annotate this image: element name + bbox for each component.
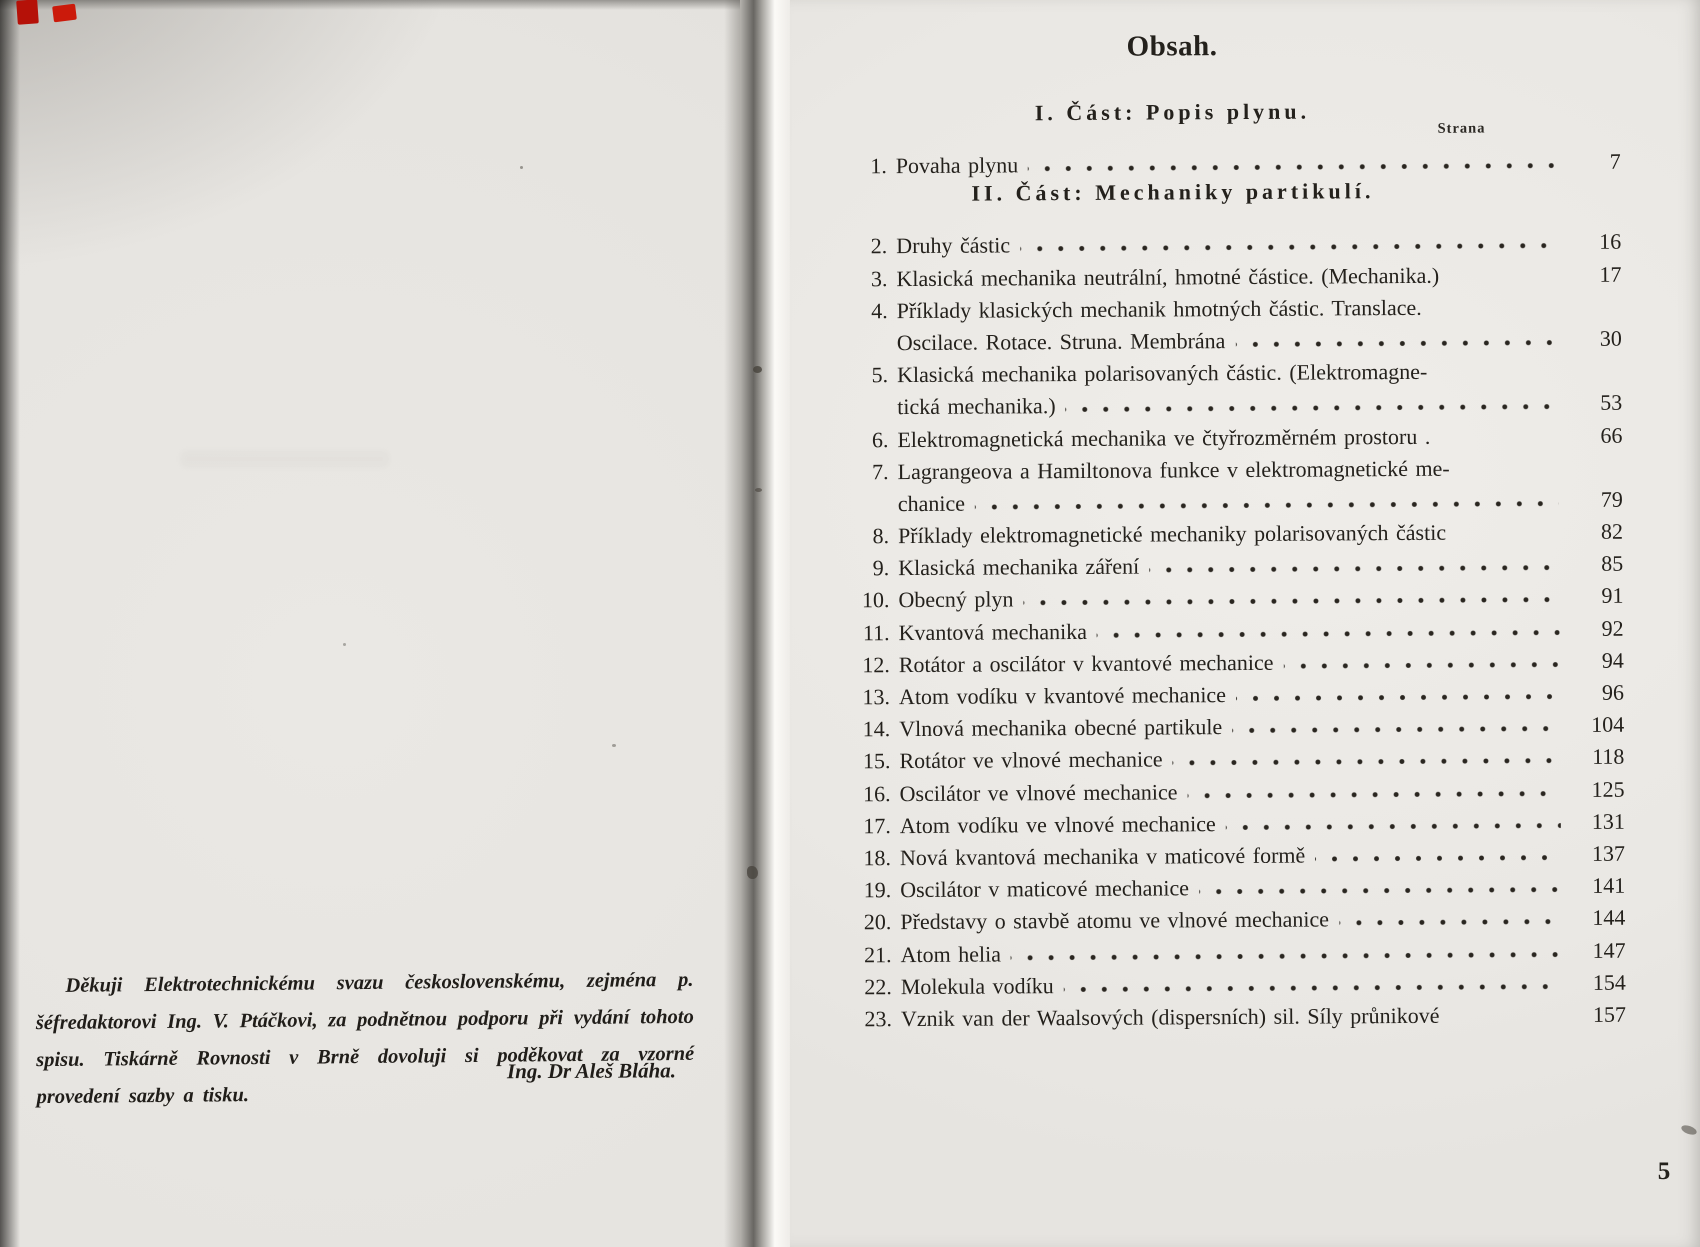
toc-entry-text: Oscilátor ve vlnové mechanice [900, 778, 1178, 807]
toc-entry: 6.Elektromagnetická mechanika ve čtyřroz… [854, 416, 1622, 453]
toc-entry-text: Vznik van der Waalsových (dispersních) s… [901, 1002, 1440, 1032]
toc-entry-line: 10.Obecný plyn91 [855, 577, 1623, 614]
toc-entry-text: tická mechanika.) [897, 392, 1056, 420]
toc-entry-line: 19.Oscilátor v maticové mechanice141 [857, 867, 1625, 904]
toc-entry-page: 16 [1571, 228, 1621, 255]
toc-leader-dots [1173, 756, 1561, 767]
toc-entry: 10.Obecný plyn91 [855, 577, 1623, 614]
red-scan-mark [52, 4, 77, 23]
toc-entry-line: 1.Povaha plynu7 [853, 143, 1621, 180]
toc-leader-dots [1097, 628, 1560, 640]
toc-entry-page: 104 [1574, 711, 1624, 738]
toc-leader-dots [1449, 1014, 1562, 1024]
toc-entry-number: 5. [854, 361, 888, 388]
toc-entry-number: 6. [854, 426, 888, 453]
toc-entry-page: 144 [1575, 904, 1625, 931]
toc-entry: 22.Molekula vodíku154 [858, 963, 1626, 1000]
red-scan-mark [16, 0, 39, 25]
toc-entry-page: 7 [1571, 148, 1621, 175]
toc-entry: 1.Povaha plynu7 [853, 143, 1621, 180]
toc-entry-text: chanice [898, 490, 965, 517]
toc-entry-number: 10. [855, 587, 889, 614]
toc-entry-text: Atom helia [901, 940, 1002, 968]
toc-section-heading: I. Část: Popis plynu. [852, 95, 1492, 129]
toc-entry-text: Vlnová mechanika obecné partikule [899, 713, 1222, 742]
toc-entry-text: Nová kvantová mechanika v maticové formě [900, 842, 1305, 871]
toc-entry: 9.Klasická mechanika záření85 [855, 545, 1623, 582]
dust-speck [612, 744, 616, 747]
page-column-header: Strana [1438, 120, 1486, 137]
toc-entry-page: 92 [1574, 614, 1624, 641]
toc-leader-dots [975, 499, 1559, 512]
toc-entry-line: 22.Molekula vodíku154 [858, 963, 1626, 1000]
toc-entry-line: Oscilace. Rotace. Struna. Membrána30 [854, 319, 1622, 356]
toc-entry-line: 6.Elektromagnetická mechanika ve čtyřroz… [854, 416, 1622, 453]
toc-entry-line: 12.Rotátor a oscilátor v kvantové mechan… [856, 641, 1624, 678]
toc-entry-line: 21.Atom helia147 [857, 931, 1625, 968]
toc-entry-page: 96 [1574, 679, 1624, 706]
toc-entry-page: 147 [1575, 936, 1625, 963]
toc-entry: 11.Kvantová mechanika92 [856, 609, 1624, 646]
toc-leader-dots [1064, 982, 1562, 994]
toc-entry-line: 23.Vznik van der Waalsových (dispersních… [858, 995, 1626, 1032]
toc-entry-text: Oscilátor v maticové mechanice [900, 874, 1189, 903]
toc-entry-page: 17 [1571, 260, 1621, 287]
toc-entry-text: Druhy částic [896, 232, 1010, 260]
toc-entry-text: Rotátor a oscilátor v kvantové mechanice [899, 649, 1274, 678]
page-left-shadow [0, 0, 20, 1247]
toc-leader-dots [1066, 402, 1559, 414]
toc-entry-page: 79 [1573, 486, 1623, 513]
toc-entry-line: 18.Nová kvantová mechanika v maticové fo… [857, 834, 1625, 871]
toc-leader-dots [1432, 305, 1608, 315]
show-through-smudge [180, 450, 390, 468]
toc-entry-page: 118 [1574, 743, 1624, 770]
toc-entry: 19.Oscilátor v maticové mechanice141 [857, 867, 1625, 904]
toc-leader-dots [1187, 789, 1560, 800]
toc-entry-text: Molekula vodíku [901, 972, 1054, 1000]
toc-entry-page: 53 [1572, 389, 1622, 416]
toc-entry: 14.Vlnová mechanika obecné partikule104 [856, 706, 1624, 743]
toc-entry-number: 12. [856, 651, 890, 678]
toc-entry: 4.Příklady klasických mechanik hmotných … [854, 287, 1622, 356]
toc-entry-text: Atom vodíku ve vlnové mechanice [900, 810, 1216, 839]
toc-entry-line: 14.Vlnová mechanika obecné partikule104 [856, 706, 1624, 743]
toc-entry-line: tická mechanika.)53 [854, 384, 1622, 421]
toc-entry-page: 141 [1575, 872, 1625, 899]
toc-entry: 2.Druhy částic16 [853, 223, 1621, 260]
toc-leader-dots [1028, 161, 1557, 173]
toc-entry-line: 4.Příklady klasických mechanik hmotných … [854, 287, 1622, 324]
dust-speck [343, 643, 346, 646]
toc-entry-number: 22. [858, 973, 892, 1000]
toc-entry: 16.Oscilátor ve vlnové mechanice125 [856, 770, 1624, 807]
toc-entry-text: Atom vodíku v kvantové mechanice [899, 681, 1226, 710]
toc-entry-text: Kvantová mechanika [899, 618, 1087, 646]
toc-entry: 13.Atom vodíku v kvantové mechanice96 [856, 673, 1624, 710]
toc-entry-number: 15. [856, 748, 890, 775]
toc-entry: 23.Vznik van der Waalsových (dispersních… [858, 995, 1626, 1032]
toc-sections: I. Část: Popis plynu.1.Povaha plynu7II. … [852, 95, 1626, 1033]
toc-entry-number: 17. [857, 812, 891, 839]
toc-entry-number: 16. [857, 780, 891, 807]
toc-entry-number: 2. [853, 233, 887, 260]
toc-leader-dots [1236, 692, 1560, 703]
toc-entry-page: 85 [1573, 550, 1623, 577]
toc-entry: 12.Rotátor a oscilátor v kvantové mechan… [856, 641, 1624, 678]
toc-entry-line: 17.Atom vodíku ve vlnové mechanice131 [857, 802, 1625, 839]
toc-section: I. Část: Popis plynu.1.Povaha plynu7 [852, 95, 1620, 180]
toc-entry-number: 21. [858, 941, 892, 968]
toc-leader-dots [1149, 563, 1559, 575]
book-scan: Děkuji Elektrotechnickému svazu českoslo… [0, 0, 1700, 1247]
toc-leader-dots [1020, 241, 1557, 253]
toc-entry-page: 154 [1576, 968, 1626, 995]
toc-entry: 8.Příklady elektromagnetické mechaniky p… [855, 513, 1623, 550]
toc-entry-text: Oscilace. Rotace. Struna. Membrána [897, 327, 1226, 356]
toc-leader-dots [1011, 950, 1562, 962]
toc-leader-dots [1456, 531, 1559, 541]
toc-entry-number: 3. [853, 265, 887, 292]
toc-title: Obsah. [852, 28, 1492, 65]
toc-entry-page: 66 [1572, 421, 1622, 448]
toc-leader-dots [1199, 885, 1561, 896]
toc-leader-dots [1284, 660, 1560, 671]
toc-entry-text: Klasická mechanika záření [898, 553, 1139, 581]
toc-entry-line: 16.Oscilátor ve vlnové mechanice125 [856, 770, 1624, 807]
toc-entry-page: 94 [1574, 646, 1624, 673]
toc-entry-text: Lagrangeova a Hamiltonova funkce v elekt… [898, 454, 1450, 484]
toc-entry: 18.Nová kvantová mechanika v maticové fo… [857, 834, 1625, 871]
toc-entry-line: 15.Rotátor ve vlnové mechanice118 [856, 738, 1624, 775]
toc-entry-number: 7. [855, 458, 889, 485]
toc-entry-number: 1. [853, 152, 887, 179]
toc-entry-text: Elektromagnetická mechanika ve čtyřrozmě… [897, 422, 1430, 452]
toc-entry-text: Příklady elektromagnetické mechaniky pol… [898, 519, 1446, 549]
toc-leader-dots [1460, 466, 1609, 476]
toc-entry-line: 7.Lagrangeova a Hamiltonova funkce v ele… [855, 448, 1623, 485]
toc-section: II. Část: Mechaniky partikulí.2.Druhy čá… [853, 175, 1626, 1032]
toc-entry-number: 23. [858, 1005, 892, 1032]
toc-entry-line: chanice79 [855, 480, 1623, 517]
acknowledgment-text: Děkuji Elektrotechnickému svazu českoslo… [35, 961, 694, 1115]
toc-entry-page: 30 [1572, 325, 1622, 352]
toc-entry-number: 13. [856, 683, 890, 710]
toc-entry: 7.Lagrangeova a Hamiltonova funkce v ele… [855, 448, 1623, 517]
toc-leader-dots [1235, 338, 1558, 349]
toc-entry-number: 19. [857, 876, 891, 903]
toc-leader-dots [1437, 370, 1608, 380]
toc-leader-dots [1232, 724, 1560, 735]
toc-entry-page: 91 [1573, 582, 1623, 609]
toc-entry-number: 4. [854, 297, 888, 324]
toc-entry-text: Rotátor ve vlnové mechanice [899, 746, 1162, 775]
toc-entry: 3.Klasická mechanika neutrální, hmotné č… [853, 255, 1621, 292]
toc-entry-line: 5.Klasická mechanika polarisovaných část… [854, 352, 1622, 389]
toc-leader-dots [1023, 595, 1559, 607]
ink-blot [747, 866, 758, 879]
toc-entry-page: 137 [1575, 840, 1625, 867]
toc-entry-line: 2.Druhy částic16 [853, 223, 1621, 260]
toc-leader-dots [1315, 853, 1561, 864]
toc-entry-page: 157 [1576, 1001, 1626, 1028]
dust-speck [520, 166, 523, 169]
toc-entry-page: 131 [1575, 807, 1625, 834]
toc-entry-text: Klasická mechanika polarisovaných částic… [897, 358, 1427, 388]
toc-entry-line: 13.Atom vodíku v kvantové mechanice96 [856, 673, 1624, 710]
author-signature: Ing. Dr Aleš Bláha. [36, 1058, 676, 1086]
dust-speck [755, 488, 762, 492]
dust-speck [753, 366, 762, 373]
toc-entry: 15.Rotátor ve vlnové mechanice118 [856, 738, 1624, 775]
toc-entry-number: 18. [857, 844, 891, 871]
toc-entry-number: 11. [856, 619, 890, 646]
toc-section-heading: II. Část: Mechaniky partikulí. [853, 176, 1493, 210]
toc-entry-text: Klasická mechanika neutrální, hmotné čás… [896, 261, 1439, 291]
toc-entry-line: 11.Kvantová mechanika92 [856, 609, 1624, 646]
toc-entry: 5.Klasická mechanika polarisovaných část… [854, 352, 1622, 421]
toc-entry-line: 20.Představy o stavbě atomu ve vlnové me… [857, 899, 1625, 936]
toc-entry-line: 3.Klasická mechanika neutrální, hmotné č… [853, 255, 1621, 292]
toc-entry-text: Obecný plyn [898, 586, 1013, 614]
toc-entry-text: Příklady klasických mechanik hmotných čá… [897, 294, 1422, 324]
toc-entry: 21.Atom helia147 [857, 931, 1625, 968]
toc-leader-dots [1339, 917, 1561, 927]
toc-entry-text: Povaha plynu [896, 152, 1019, 180]
toc-leader-dots [1226, 821, 1561, 832]
toc-entry-page: 125 [1575, 775, 1625, 802]
toc-entry-line: 8.Příklady elektromagnetické mechaniky p… [855, 513, 1623, 550]
toc-entry-text: Představy o stavbě atomu ve vlnové mecha… [900, 906, 1329, 936]
toc-entry-number: 9. [855, 554, 889, 581]
toc-leader-dots [1449, 274, 1557, 284]
toc-leader-dots [1440, 435, 1558, 445]
toc-entry: 20.Představy o stavbě atomu ve vlnové me… [857, 899, 1625, 936]
toc-entry-number: 8. [855, 522, 889, 549]
toc-entry: 17.Atom vodíku ve vlnové mechanice131 [857, 802, 1625, 839]
folio-page-number: 5 [1644, 1158, 1684, 1186]
toc-entry-number: 14. [856, 715, 890, 742]
table-of-contents: Obsah. Strana I. Část: Popis plynu.1.Pov… [852, 28, 1626, 1033]
toc-entry-page: 82 [1573, 518, 1623, 545]
left-page: Děkuji Elektrotechnickému svazu českoslo… [0, 0, 740, 1247]
toc-entry-number: 20. [857, 908, 891, 935]
page-top-shadow [0, 0, 740, 10]
toc-entry-line: 9.Klasická mechanika záření85 [855, 545, 1623, 582]
